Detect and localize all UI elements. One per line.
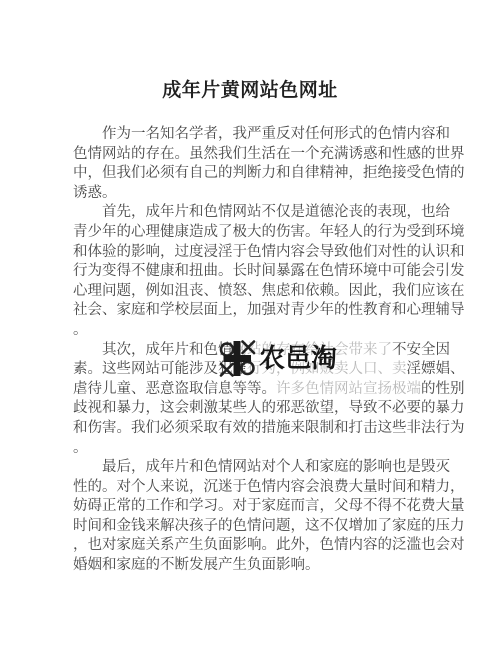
- text-segment: 社会、家庭和学校层面上，加强对青少年的性教育和心理辅导: [73, 302, 465, 318]
- text-segment: 其次，成年片和色情: [73, 342, 233, 358]
- text-segment: 和体验的影响，过度浸淫于色情内容会导致他们对性的认识和: [73, 244, 465, 260]
- document-page: 成年片黄网站色网址 作为一名知名学者，我严重反对任何形式的色情内容和色情网站的存…: [0, 0, 500, 647]
- text-segment: 。: [73, 322, 88, 338]
- text-segment: 作为一名知名学者，我严重反对任何形式的色情内容和: [73, 126, 450, 142]
- text-segment: 的性别: [421, 381, 465, 397]
- text-segment: 心理问题，例如沮丧、愤怒、焦虑和依赖。因此，我们应该在: [73, 283, 465, 299]
- text-segment: 。: [73, 440, 88, 456]
- text-segment: 虐待儿童、恶意盗取信息等等。: [73, 381, 276, 397]
- faded-text-segment: 网站的存在给社会带来了: [233, 342, 393, 358]
- paragraph: 最后，成年片和色情网站对个人和家庭的影响也是毁灭性的。对个人来说，沉迷于色情内容…: [73, 458, 473, 576]
- text-segment: 行为变得不健康和扭曲。长时间暴露在色情环境中可能会引发: [73, 263, 465, 279]
- text-segment: 色情网站的存在。虽然我们生活在一个充满诱惑和性感的世界: [73, 146, 465, 162]
- text-segment: 时间和金钱来解决孩子的色情问题，这不仅增加了家庭的压力: [73, 518, 465, 534]
- text-segment: 婚姻和家庭的不断发展产生负面影响。: [73, 557, 320, 573]
- paragraph: 作为一名知名学者，我严重反对任何形式的色情内容和色情网站的存在。虽然我们生活在一…: [73, 125, 473, 203]
- text-segment: 最后，成年片和色情网站对个人和家庭的影响也是毁灭: [73, 459, 450, 475]
- page-title: 成年片黄网站色网址: [0, 79, 500, 103]
- text-segment: 歧视和暴力，这会刺激某些人的邪恶欲望，导致不必要的暴力: [73, 400, 465, 416]
- text-segment: 首先，成年片和色情网站不仅是道德沦丧的表现，也给: [73, 204, 450, 220]
- text-segment: 中，但我们必须有自己的判断力和自律精神，拒绝接受色情的: [73, 165, 465, 181]
- text-segment: 诱惑。: [73, 185, 117, 201]
- text-segment: 和伤害。我们必须采取有效的措施来限制和打击这些非法行为: [73, 420, 465, 436]
- paragraph: 首先，成年片和色情网站不仅是道德沦丧的表现，也给青少年的心理健康造成了极大的伤害…: [73, 203, 473, 340]
- faded-text-segment: 许多色情网站宣扬极端: [276, 381, 421, 397]
- paragraph: 其次，成年片和色情网站的存在给社会带来了不安全因素。这些网站可能涉及犯罪行为，例…: [73, 341, 473, 459]
- text-segment: 性的。对个人来说，沉迷于色情内容会浪费大量时间和精力，: [73, 479, 465, 495]
- document-body: 作为一名知名学者，我严重反对任何形式的色情内容和色情网站的存在。虽然我们生活在一…: [73, 125, 473, 576]
- text-segment: 妨碍正常的工作和学习。对于家庭而言，父母不得不花费大量: [73, 498, 465, 514]
- text-segment: 不安全因: [392, 342, 450, 358]
- text-segment: 淫嫖娼、: [407, 361, 465, 377]
- text-segment: 素。这些网站可能涉及犯罪: [73, 361, 247, 377]
- text-segment: 青少年的心理健康造成了极大的伤害。年轻人的行为受到环境: [73, 224, 465, 240]
- faded-text-segment: 行为，例如贩卖人口、卖: [247, 361, 407, 377]
- text-segment: ，也对家庭关系产生负面影响。此外，色情内容的泛滥也会对: [73, 537, 465, 553]
